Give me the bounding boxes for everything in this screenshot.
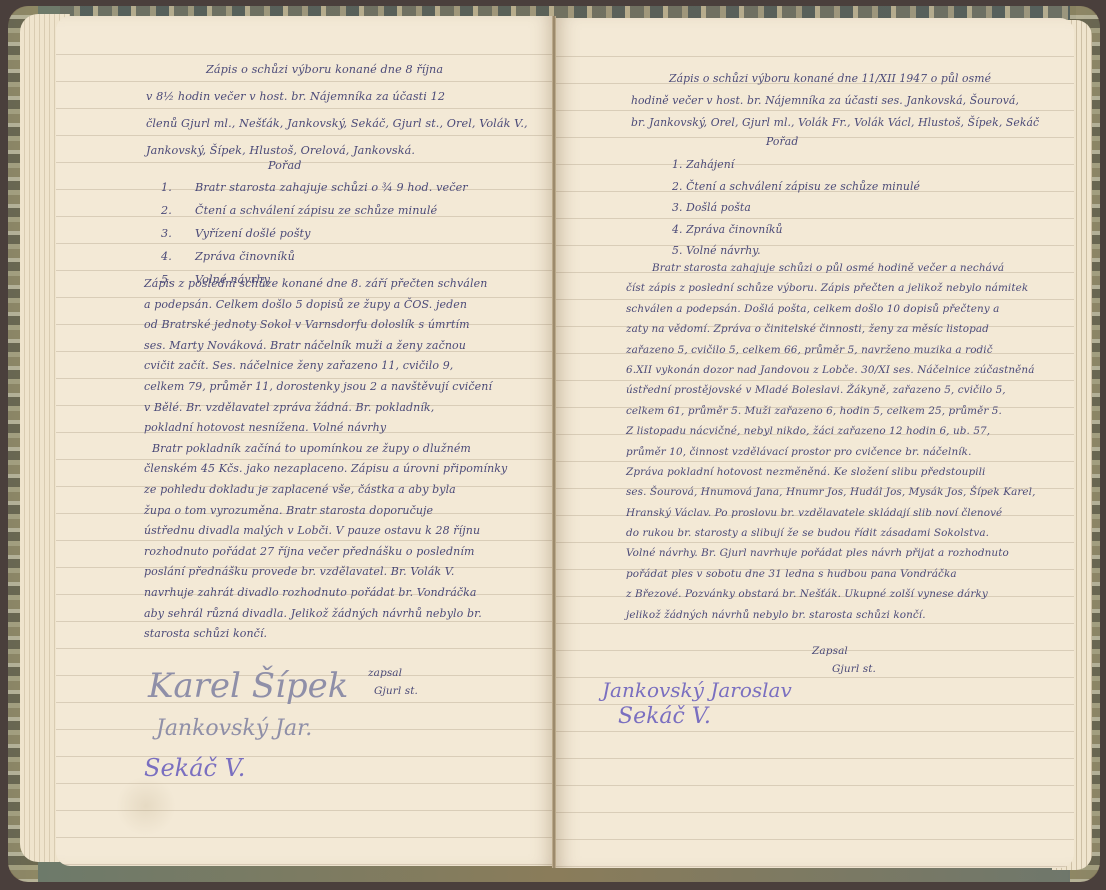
left-body-line: celkem 79, průměr 11, dorostenky jsou 2 … — [144, 377, 507, 398]
left-body-line: navrhuje zahrát divadlo rozhodnuto pořád… — [144, 583, 507, 604]
left-agenda-item: 2.Čtení a schválení zápisu ze schůze min… — [161, 199, 468, 222]
right-body-line: ústřední prostějovské v Mladé Boleslavi.… — [626, 380, 1036, 400]
left-body-line: cvičit začít. Ses. náčelnice ženy zařaze… — [144, 356, 507, 377]
signature-jankovsky-jaroslav: Jankovský Jaroslav — [602, 678, 792, 702]
signature-karel-sipek: Karel Šípek — [148, 666, 348, 706]
right-body-line: zaty na vědomí. Zpráva o činitelské činn… — [626, 319, 1036, 339]
left-recorded-by: zapsal Gjurl st. — [368, 664, 418, 700]
right-body-line: zařazeno 5, cvičilo 5, celkem 66, průměr… — [626, 340, 1036, 360]
right-agenda-list: 1. Zahájení 2. Čtení a schválení zápisu … — [672, 154, 920, 262]
right-body-line: Zpráva pokladní hotovost nezměněná. Ke s… — [626, 462, 1036, 482]
left-body-line: starosta schůzi končí. — [144, 624, 507, 645]
left-agenda-item: 4.Zpráva činovníků — [161, 245, 468, 268]
right-body-line: ses. Šourová, Hnumová Jana, Hnumr Jos, H… — [626, 482, 1036, 502]
left-agenda-title: Pořad — [268, 152, 302, 179]
right-recorded-by: Zapsal Gjurl st. — [812, 642, 876, 678]
left-body-line: ústřednu divadla malých v Lobči. V pauze… — [144, 521, 507, 542]
right-body-line: Bratr starosta zahajuje schůzi o půl osm… — [626, 258, 1036, 278]
left-body-line: od Bratrské jednoty Sokol v Varnsdorfu d… — [144, 315, 507, 336]
left-body-line: ze pohledu dokladu je zaplacené vše, čás… — [144, 480, 507, 501]
right-body-line: Hranský Václav. Po proslovu br. vzdělava… — [626, 503, 1036, 523]
right-body-line: Volné návrhy. Br. Gjurl navrhuje pořádat… — [626, 543, 1036, 563]
recorded-by-name: Gjurl st. — [812, 660, 876, 678]
left-header-line: Zápis o schůzi výboru konané dne 8 října — [146, 56, 528, 83]
right-body-line: 6.XII vykonán dozor nad Jandovou z Lobče… — [626, 360, 1036, 380]
right-body: Bratr starosta zahajuje schůzi o půl osm… — [626, 258, 1036, 625]
right-header-line: Zápis o schůzi výboru konané dne 11/XII … — [631, 68, 1039, 90]
signature-jankovsky: Jankovský Jar. — [156, 716, 312, 741]
left-body-line: ses. Marty Nováková. Bratr náčelník muži… — [144, 336, 507, 357]
right-body-line: do rukou br. starosty a slibují že se bu… — [626, 523, 1036, 543]
left-body-line: poslání přednášku provede br. vzdělavate… — [144, 562, 507, 583]
right-agenda-item: 1. Zahájení — [672, 154, 920, 176]
recorded-by-name: Gjurl st. — [368, 682, 418, 700]
left-page: Zápis o schůzi výboru konané dne 8 října… — [56, 16, 554, 866]
left-header-line: v 8½ hodin večer v host. br. Nájemníka z… — [146, 83, 528, 110]
left-body-line: členském 45 Kčs. jako nezaplaceno. Zápis… — [144, 459, 507, 480]
left-body-line: rozhodnuto pořádat 27 října večer předná… — [144, 542, 507, 563]
right-body-line: z Březové. Pozvánky obstará br. Nešťák. … — [626, 584, 1036, 604]
signature-sekac: Sekáč V. — [144, 754, 245, 782]
left-agenda-item: 1.Bratr starosta zahajuje schůzi o ¾ 9 h… — [161, 176, 468, 199]
left-header: Zápis o schůzi výboru konané dne 8 října… — [146, 56, 528, 164]
left-agenda-item: 3.Vyřízení došlé pošty — [161, 222, 468, 245]
right-header-line: hodině večer v host. br. Nájemníka za úč… — [631, 90, 1039, 112]
left-body-line: v Bělé. Br. vzdělavatel zpráva žádná. Br… — [144, 398, 507, 419]
right-body-line: jelikož žádných návrhů nebylo br. staros… — [626, 605, 1036, 625]
right-body-line: schválen a podepsán. Došlá pošta, celkem… — [626, 299, 1036, 319]
right-body-line: Z listopadu nácvičné, nebyl nikdo, žáci … — [626, 421, 1036, 441]
right-agenda-item: 2. Čtení a schválení zápisu ze schůze mi… — [672, 176, 920, 198]
right-agenda-item: 4. Zpráva činovníků — [672, 219, 920, 241]
right-header: Zápis o schůzi výboru konané dne 11/XII … — [631, 68, 1039, 134]
recorded-by-label: zapsal — [368, 664, 418, 682]
right-agenda-item: 3. Došlá pošta — [672, 197, 920, 219]
signature-sekac: Sekáč V. — [618, 704, 711, 729]
left-body-line: župa o tom vyrozuměna. Bratr starosta do… — [144, 501, 507, 522]
right-body-line: celkem 61, průměr 5. Muži zařazeno 6, ho… — [626, 401, 1036, 421]
right-agenda-title: Pořad — [766, 128, 798, 155]
left-body-line: pokladní hotovost nesnížena. Volné návrh… — [144, 418, 507, 439]
paper-stain — [116, 776, 176, 836]
right-header-line: br. Jankovský, Orel, Gjurl ml., Volák Fr… — [631, 112, 1039, 134]
right-body-line: průměr 10, činnost vzdělávací prostor pr… — [626, 442, 1036, 462]
right-body-line: číst zápis z poslední schůze výboru. Záp… — [626, 278, 1036, 298]
right-page: Zápis o schůzi výboru konané dne 11/XII … — [556, 18, 1074, 868]
left-body-line: aby sehrál různá divadla. Jelikož žádnýc… — [144, 604, 507, 625]
recorded-by-label: Zapsal — [812, 642, 876, 660]
left-body-line: Bratr pokladník začíná to upomínkou ze ž… — [144, 439, 507, 460]
left-body-line: a podepsán. Celkem došlo 5 dopisů ze žup… — [144, 295, 507, 316]
left-header-line: členů Gjurl ml., Nešťák, Jankovský, Seká… — [146, 110, 528, 137]
left-header-line: Jankovský, Šípek, Hlustoš, Orelová, Jank… — [146, 137, 528, 164]
right-body-line: pořádat ples v sobotu dne 31 ledna s hud… — [626, 564, 1036, 584]
left-body-line: Zápis z poslední schůze konané dne 8. zá… — [144, 274, 507, 295]
left-body: Zápis z poslední schůze konané dne 8. zá… — [144, 274, 507, 645]
